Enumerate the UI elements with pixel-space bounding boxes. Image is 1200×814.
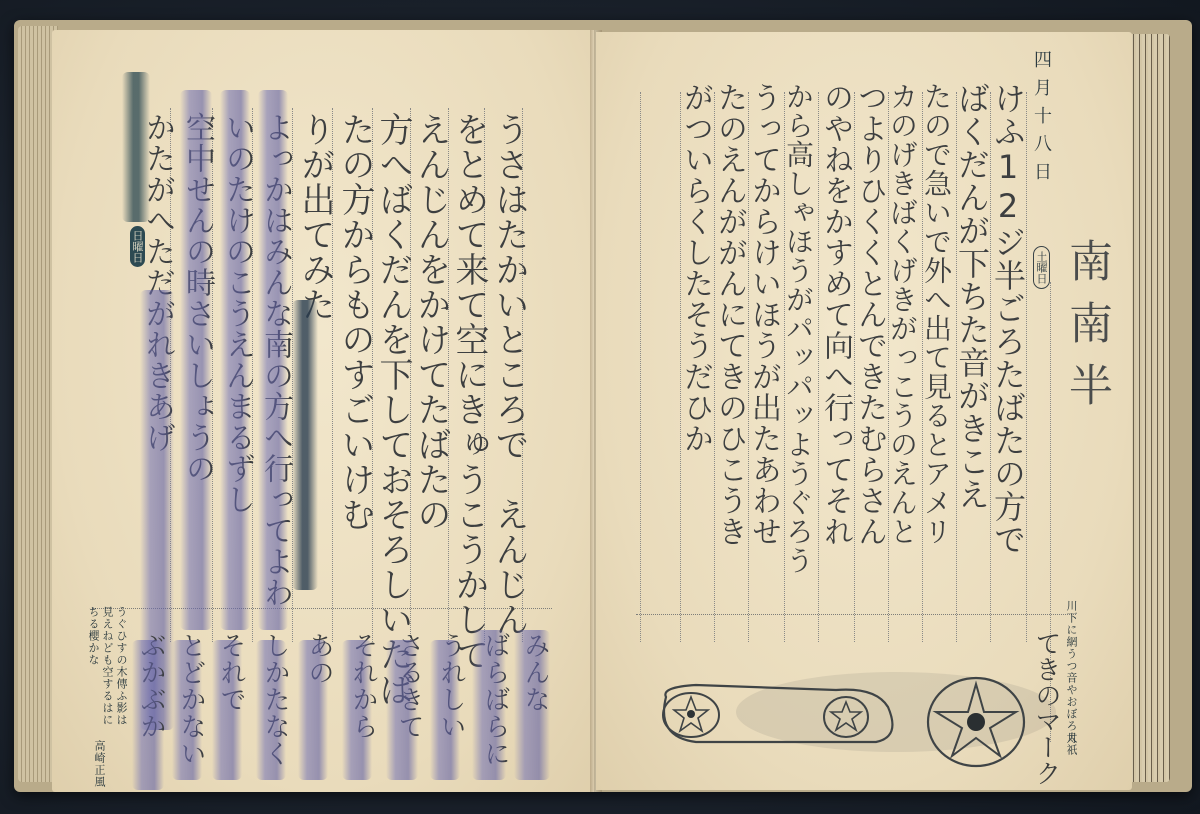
margin-char: 南	[1061, 300, 1112, 362]
column-rule	[640, 92, 641, 642]
enemy-mark-drawing	[636, 642, 1056, 792]
left-page: 日曜日 うさはたかいところで えんじん をとめて来て空にきゅうこうかして えんじ…	[52, 30, 594, 792]
crayon-scribble	[258, 90, 288, 630]
diary-line: りが出てみた	[298, 112, 332, 322]
diary-line: うってからけいほうが出たあわせ	[748, 82, 778, 547]
crayon-scribble	[472, 630, 506, 780]
crayon-scribble	[212, 640, 242, 780]
poem-author: 高崎正風	[92, 740, 106, 788]
printed-date: 四月十八日	[1028, 50, 1054, 190]
diary-line: つよりひくくとんできたむらさん	[854, 82, 884, 547]
diary-line: のやねをかすめて向へ行ってそれ	[820, 82, 850, 547]
printed-poem: 川下に網うつ音やおぼろ月	[1064, 600, 1078, 750]
weekday-badge: 土曜日	[1033, 246, 1050, 289]
diary-line: たのえんががんにてきのひこうき	[714, 82, 744, 547]
diary-line: がついらくしたそうだひか	[680, 82, 710, 454]
crayon-scribble	[342, 640, 372, 780]
drawing-caption: てきのマーク	[1028, 630, 1065, 786]
diary-line: けふ12ジ半ごろたばたの方で	[992, 82, 1024, 556]
crayon-scribble	[430, 640, 460, 780]
diary-line: をとめて来て空にきゅうこうかして	[452, 112, 486, 672]
diary-line: ばくだんが下ちた音がきこえ	[956, 82, 988, 511]
right-page-edges	[1130, 34, 1170, 782]
margin-char: 半	[1061, 362, 1112, 424]
crayon-scribble	[132, 640, 164, 790]
margin-note: 南南半	[1054, 238, 1118, 424]
crayon-scribble	[514, 630, 550, 780]
diary-line: たので急いで外へ出て見るとアメリ	[922, 82, 950, 546]
diary-line: たの方からものすごいけむ	[338, 112, 372, 532]
crayon-scribble	[172, 640, 202, 780]
poem-author: 太祇	[1064, 732, 1078, 756]
diary-line: うさはたかいところで えんじん	[492, 112, 526, 637]
crayon-scribble	[180, 90, 212, 630]
crayon-scribble	[256, 640, 286, 780]
margin-char: 南	[1061, 238, 1112, 300]
diary-line: えんじんをかけてたばたの	[414, 112, 448, 532]
crayon-scribble	[298, 640, 328, 780]
diary-line: 方へばくだんを下しておそろしいたば	[376, 112, 410, 707]
right-page: 四月十八日 土曜日 けふ12ジ半ごろたばたの方で ばくだんが下ちた音がきこえ た…	[596, 32, 1132, 790]
diary-line: カのげきばくげきがっこうのえんと	[888, 82, 916, 546]
crayon-scribble	[220, 90, 250, 630]
diary-line: から高しゃほうがパッパッようぐろう	[784, 82, 812, 575]
crayon-scribble	[386, 640, 418, 780]
section-divider	[636, 614, 1076, 615]
ink-scribble	[292, 300, 318, 590]
printed-poem: うぐひすの木傳ふ影は見えねども空するはにちる櫻かな	[86, 606, 128, 736]
